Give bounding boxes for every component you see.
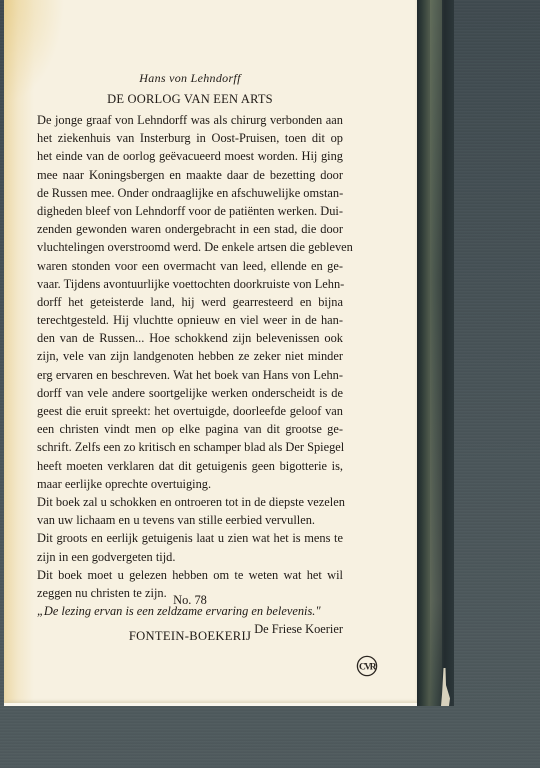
back-cover: Hans von Lehndorff DE OORLOG VAN EEN ART… [4,0,417,706]
svg-text:CVR: CVR [359,663,377,673]
blurb-line: geest die eruit spreekt: het overtuigde,… [37,402,343,420]
blurb-line: mee naar Koningsbergen en maakte daar de… [37,166,343,184]
blurb-line: het ziekenhuis van Insterburg in Oost-Pr… [37,129,343,147]
blurb-line: Dit groots en eerlijk getuigenis laat u … [37,529,343,547]
book-title: DE OORLOG VAN EEN ARTS [37,90,343,108]
blurb-line: vluchtelingen overstroomd werd. De enkel… [37,238,343,256]
blurb-line: zenden gewonden waren ondergebracht in e… [37,220,343,238]
blurb-line: dorff het geteisterde land, hij werd gea… [37,293,343,311]
blurb-line: de Russen mee. Onder ondraaglijke en afs… [37,184,343,202]
blurb-line: het einde van de oorlog geëvacueerd moes… [37,147,343,165]
blurb-line: den van de Russen... Hoe schokkend zijn … [37,329,343,347]
blurb: De jonge graaf von Lehndorff was als chi… [37,111,343,638]
blurb-line: digheden bleef von Lehndorff voor de pat… [37,202,343,220]
blurb-line: Dit boek moet u gelezen hebben om te wet… [37,566,343,584]
blurb-line: erg ervaren en beschreven. Wat het boek … [37,366,343,384]
series-number: No. 78 [37,591,343,609]
blurb-line: van uw lichaam en u tevens van stille ee… [37,511,343,529]
blurb-line: schrift. Zelfs een zo kritisch en schamp… [37,438,343,456]
blurb-line: heeft moeten verklaren dat dit getuigeni… [37,457,343,475]
spine-wear [430,0,442,706]
blurb-line: vaar. Tijdens avontuurlijke voettochten … [37,275,343,293]
author-name: Hans von Lehndorff [37,69,343,87]
blurb-line: maar eerlijke oprechte overtuiging. [37,475,343,493]
series-name: FONTEIN-BOEKERIJ [37,627,343,645]
blurb-line: De jonge graaf von Lehndorff was als chi… [37,111,343,129]
blurb-line: Dit boek zal u schokken en ontroeren tot… [37,493,343,511]
blurb-line: terechtgesteld. Hij vluchtte opnieuw en … [37,311,343,329]
blurb-line: zijn, vele van zijn landgenoten hebben z… [37,347,343,365]
blurb-line: een christen vindt men op elke pagina va… [37,420,343,438]
blurb-line: waren stonden voor een overmacht van lee… [37,257,343,275]
publisher-logo-icon: CVR [356,655,378,677]
blurb-line: dorff van vele andere soortgelijke werke… [37,384,343,402]
blurb-line: zijn in een godvergeten tijd. [37,548,343,566]
